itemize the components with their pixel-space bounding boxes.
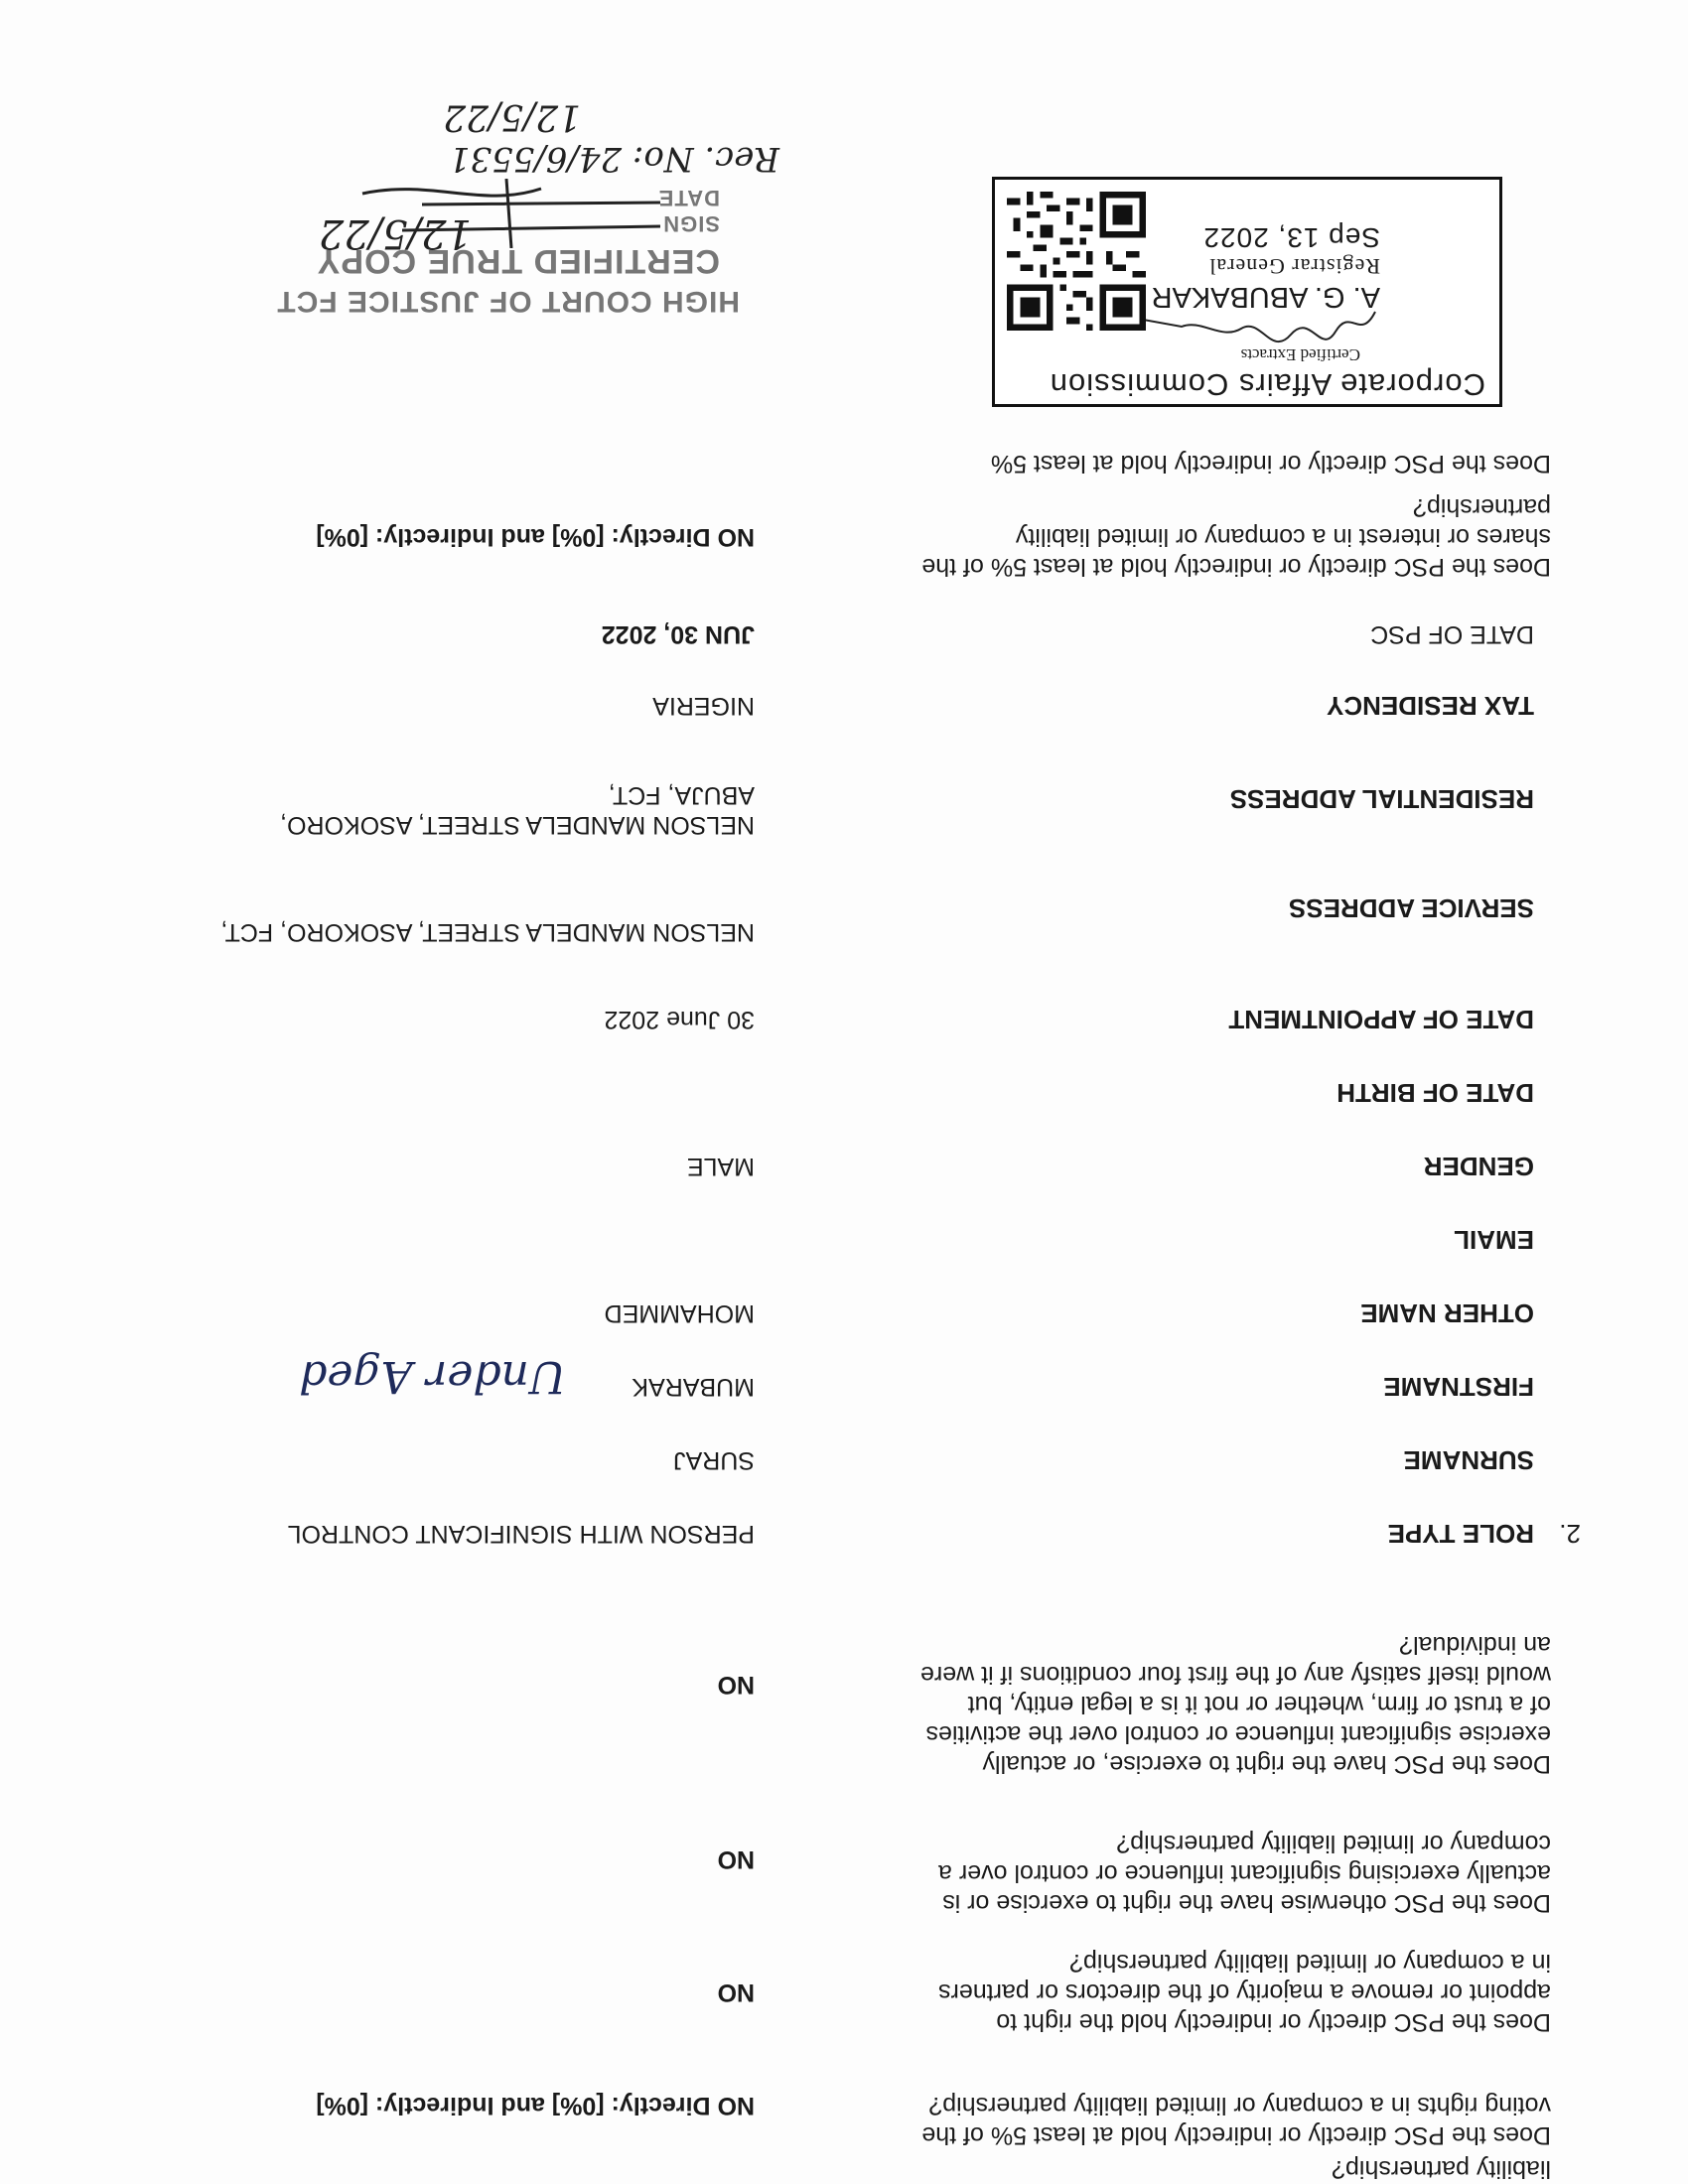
court-handwritten-date: 12/5/22: [319, 210, 472, 256]
cac-subtitle: Certified Extracts: [1241, 344, 1360, 364]
handwritten-note: Under Aged: [299, 1352, 566, 1400]
question-appoint-directors: Does the PSC directly or indirectly hold…: [915, 1948, 1551, 2037]
registrar-name: A. G. ABUBAKAR: [1152, 280, 1380, 313]
qr-code-icon: [1007, 192, 1146, 331]
court-handwritten-ref: Rec. No: 24/6/5531: [449, 139, 779, 179]
court-handwritten-date2: 12/5/22: [443, 96, 581, 137]
value-tax-residency: NIGERIA: [199, 691, 755, 721]
question-significant-influence: Does the PSC otherwise have the right to…: [915, 1829, 1551, 1918]
label-tax-residency: TAX RESIDENCY: [1327, 691, 1534, 721]
label-gender: GENDER: [1424, 1152, 1534, 1181]
registrar-role: Registrar General: [1208, 253, 1380, 279]
label-date-of-birth: DATE OF BIRTH: [1336, 1078, 1534, 1108]
value-residential-address: NELSON MANDELA STREET, ASOKORO, ABUJA, F…: [189, 780, 755, 840]
answer-trust-or-firm: NO: [718, 1670, 756, 1700]
cac-title: Corporate Affairs Commission: [1050, 366, 1485, 402]
value-other-name: MOHAMMED: [199, 1298, 755, 1328]
label-surname: SURNAME: [1404, 1445, 1534, 1475]
question-voting-rights: Does the PSC directly or indirectly hold…: [915, 2091, 1551, 2150]
certification-date: Sep 13, 2022: [1202, 221, 1380, 253]
cac-certification-stamp: Corporate Affairs Commission Certified E…: [992, 177, 1502, 407]
court-stamp-line1: HIGH COURT OF JUSTICE FCT: [276, 284, 740, 318]
question-trust-or-firm: Does the PSC have the right to exercise,…: [915, 1630, 1551, 1779]
answer-voting-rights: NO Directly: [0%] and Indirectly: [0%]: [316, 2091, 755, 2120]
label-firstname: FIRSTNAME: [1383, 1372, 1534, 1402]
continuation-text: liability partnership?: [866, 2154, 1551, 2184]
court-certified-stamp: HIGH COURT OF JUSTICE FCT CERTIFIED TRUE…: [303, 89, 740, 318]
court-stamp-date-label: DATE: [658, 185, 720, 210]
value-date-of-appointment: 30 June 2022: [199, 1005, 755, 1034]
question-partial: Does the PSC directly or indirectly hold…: [915, 449, 1551, 478]
label-date-of-psc: DATE OF PSC: [1137, 619, 1534, 649]
value-surname: SURAJ: [199, 1445, 755, 1475]
label-email: EMAIL: [1454, 1225, 1534, 1255]
answer-significant-influence: NO: [718, 1844, 756, 1874]
document-page: liability partnership? Does the PSC dire…: [0, 0, 1688, 2184]
value-date-of-psc: JUN 30, 2022: [602, 619, 755, 649]
court-stamp-sign-label: SIGN: [662, 210, 720, 236]
label-date-of-appointment: DATE OF APPOINTMENT: [1228, 1005, 1534, 1034]
answer-appoint-directors: NO: [718, 1978, 756, 2007]
value-role-type: PERSON WITH SIGNIFICANT CONTROL: [60, 1519, 755, 1549]
entry-number: 2.: [1559, 1518, 1581, 1549]
value-gender: MALE: [199, 1152, 755, 1181]
label-service-address: SERVICE ADDRESS: [1289, 893, 1534, 923]
label-other-name: OTHER NAME: [1360, 1298, 1534, 1328]
answer-shares-interest: NO Directly: [0%] and Indirectly: [0%]: [316, 522, 755, 552]
value-service-address: NELSON MANDELA STREET, ASOKORO, FCT,: [189, 917, 755, 947]
label-role-type: ROLE TYPE: [1388, 1519, 1534, 1549]
label-residential-address: RESIDENTIAL ADDRESS: [1230, 784, 1534, 814]
question-shares-interest: Does the PSC directly or indirectly hold…: [915, 492, 1551, 582]
